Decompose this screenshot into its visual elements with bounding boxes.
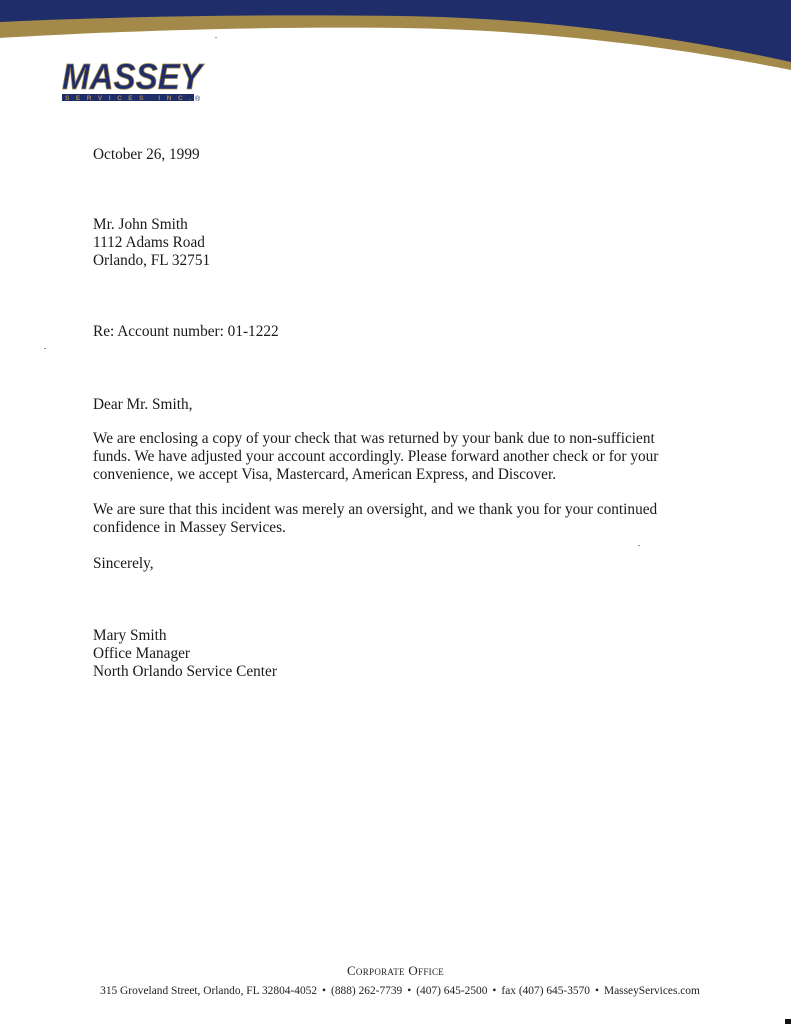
body-paragraph-2: We are sure that this incident was merel… [93,501,693,537]
account-reference: Re: Account number: 01-1222 [93,323,279,341]
footer-phone-local: (407) 645-2500 [416,985,487,997]
body-line: funds. We have adjusted your account acc… [93,448,693,466]
footer-website: MasseyServices.com [604,985,700,997]
registered-mark: ® [195,95,201,103]
footer-address: 315 Groveland Street, Orlando, FL 32804-… [100,985,317,997]
body-line: We are enclosing a copy of your check th… [93,430,693,448]
closing: Sincerely, [93,555,154,573]
footer-phone-tollfree: (888) 262-7739 [331,985,402,997]
footer-contact-line: 315 Groveland Street, Orlando, FL 32804-… [0,985,791,997]
logo-wordmark: MASSEY [62,56,205,97]
separator: • [322,985,326,997]
recipient-street: 1112 Adams Road [93,234,205,252]
scan-speck [638,545,640,546]
recipient-name: Mr. John Smith [93,216,188,234]
signer-location: North Orlando Service Center [93,663,277,681]
footer-fax: fax (407) 645-3570 [501,985,590,997]
scan-speck [44,348,46,349]
massey-logo: MASSEY SERVICES INC. ® [60,56,206,106]
scan-speck [215,37,217,38]
body-line: confidence in Massey Services. [93,519,693,537]
body-line: convenience, we accept Visa, Mastercard,… [93,466,693,484]
footer-title: Corporate Office [0,963,791,979]
separator: • [595,985,599,997]
scan-registration-mark [785,1019,791,1024]
salutation: Dear Mr. Smith, [93,396,192,414]
separator: • [492,985,496,997]
signer-name: Mary Smith [93,627,167,645]
signer-title: Office Manager [93,645,190,663]
body-line: We are sure that this incident was merel… [93,501,693,519]
separator: • [407,985,411,997]
recipient-city-state-zip: Orlando, FL 32751 [93,252,210,270]
body-paragraph-1: We are enclosing a copy of your check th… [93,430,693,484]
letter-date: October 26, 1999 [93,146,200,164]
